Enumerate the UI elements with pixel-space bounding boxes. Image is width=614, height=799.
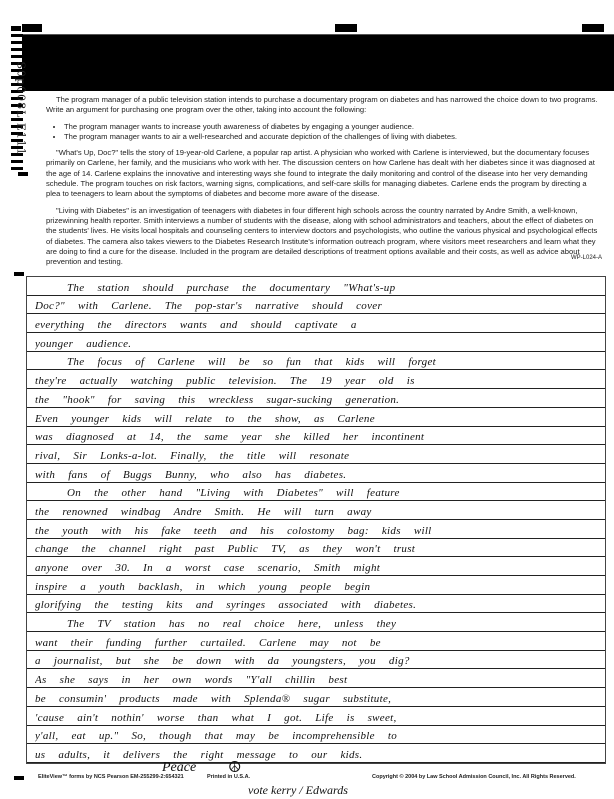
answer-line: be consumin' products made with Splenda®… bbox=[27, 688, 605, 707]
answer-line: glorifying the testing kits and syringes… bbox=[27, 595, 605, 614]
answer-line: was diagnosed at 14, the same year she k… bbox=[27, 427, 605, 446]
prompt-intro: The program manager of a public televisi… bbox=[46, 95, 602, 116]
footer-form-id: EliteView™ forms by NCS Pearson EM-25529… bbox=[38, 774, 184, 780]
handwritten-text: The TV station has no real choice here, … bbox=[67, 618, 601, 630]
handwritten-text: The station should purchase the document… bbox=[67, 282, 601, 294]
handwritten-text: Even younger kids will relate to the sho… bbox=[35, 413, 601, 425]
registration-mark-top-center bbox=[335, 24, 357, 32]
answer-line: us adults, it delivers the right message… bbox=[27, 744, 605, 763]
registration-mark-top-left bbox=[11, 26, 21, 31]
answer-line: Even younger kids will relate to the sho… bbox=[27, 408, 605, 427]
handwritten-text: Doc?" with Carlene. The pop-star's narra… bbox=[35, 300, 601, 312]
handwritten-text: a journalist, but she be down with da yo… bbox=[35, 655, 601, 667]
handwritten-text: be consumin' products made with Splenda®… bbox=[35, 693, 601, 705]
answer-line: the youth with his fake teeth and his co… bbox=[27, 520, 605, 539]
handwritten-text: The focus of Carlene will be so fun that… bbox=[67, 356, 601, 368]
handwritten-text: anyone over 30. In a worst case scenario… bbox=[35, 562, 601, 574]
footer-copyright: Copyright © 2004 by Law School Admission… bbox=[372, 774, 576, 780]
answer-line: they're actually watching public televis… bbox=[27, 370, 605, 389]
handwritten-text: they're actually watching public televis… bbox=[35, 375, 601, 387]
answer-line: On the other hand "Living with Diabetes"… bbox=[27, 483, 605, 502]
handwritten-text: want their funding further curtailed. Ca… bbox=[35, 637, 601, 649]
handwritten-text: y'all, eat up." So, though that may be i… bbox=[35, 730, 601, 742]
answer-line: anyone over 30. In a worst case scenario… bbox=[27, 557, 605, 576]
handwritten-text: change the channel right past Public TV,… bbox=[35, 543, 601, 555]
margin-note: vote kerry / Edwards bbox=[248, 783, 348, 798]
redacted-header-band bbox=[22, 35, 614, 91]
registration-mark-top-right bbox=[582, 24, 604, 32]
handwritten-text: with fans of Buggs Bunny, who also has d… bbox=[35, 469, 601, 481]
option-b-text: "Living with Diabetes" is an investigati… bbox=[46, 206, 597, 266]
answer-line: the "hook" for saving this wreckless sug… bbox=[27, 389, 605, 408]
footer-printed: Printed in U.S.A. bbox=[207, 774, 250, 780]
writing-prompt: The program manager of a public televisi… bbox=[46, 95, 602, 273]
answer-line: younger audience. bbox=[27, 333, 605, 352]
answer-line: The focus of Carlene will be so fun that… bbox=[27, 352, 605, 371]
vertical-form-id: S0p008L E111 bbox=[15, 62, 28, 152]
registration-mark-answer-left bbox=[14, 272, 24, 276]
answer-line: The TV station has no real choice here, … bbox=[27, 613, 605, 632]
handwritten-text: the renowned windbag Andre Smith. He wil… bbox=[35, 506, 601, 518]
answer-line: rival, Sir Lonks-a-lot. Finally, the tit… bbox=[27, 445, 605, 464]
handwritten-text: As she says in her own words "Y'all chil… bbox=[35, 674, 601, 686]
answer-line: a journalist, but she be down with da yo… bbox=[27, 651, 605, 670]
handwritten-text: 'cause ain't nothin' worse than what I g… bbox=[35, 712, 601, 724]
criterion: The program manager wants to air a well-… bbox=[64, 132, 602, 142]
answer-line: 'cause ain't nothin' worse than what I g… bbox=[27, 707, 605, 726]
registration-mark-top-left-2 bbox=[22, 24, 42, 32]
handwritten-text: younger audience. bbox=[35, 338, 601, 350]
handwritten-text: everything the directors wants and shoul… bbox=[35, 319, 601, 331]
handwritten-text: the "hook" for saving this wreckless sug… bbox=[35, 394, 601, 406]
option-b-description: "Living with Diabetes" is an investigati… bbox=[46, 206, 602, 268]
answer-line: the renowned windbag Andre Smith. He wil… bbox=[27, 501, 605, 520]
handwritten-text: was diagnosed at 14, the same year she k… bbox=[35, 431, 601, 443]
answer-line: y'all, eat up." So, though that may be i… bbox=[27, 726, 605, 745]
option-a-description: "What's Up, Doc?" tells the story of 19-… bbox=[46, 148, 602, 199]
answer-line: everything the directors wants and shoul… bbox=[27, 314, 605, 333]
answer-line: Doc?" with Carlene. The pop-star's narra… bbox=[27, 296, 605, 315]
handwritten-text: inspire a youth backlash, in which young… bbox=[35, 581, 601, 593]
answer-line: change the channel right past Public TV,… bbox=[27, 539, 605, 558]
handwritten-text: the youth with his fake teeth and his co… bbox=[35, 525, 601, 537]
answer-area[interactable]: The station should purchase the document… bbox=[26, 276, 606, 764]
handwritten-text: On the other hand "Living with Diabetes"… bbox=[67, 487, 601, 499]
answer-line: The station should purchase the document… bbox=[27, 277, 605, 296]
registration-mark-bottom-left bbox=[14, 776, 24, 780]
answer-line: inspire a youth backlash, in which young… bbox=[27, 576, 605, 595]
criterion: The program manager wants to increase yo… bbox=[64, 122, 602, 132]
prompt-criteria: The program manager wants to increase yo… bbox=[46, 122, 602, 143]
handwritten-text: glorifying the testing kits and syringes… bbox=[35, 599, 601, 611]
handwritten-text: us adults, it delivers the right message… bbox=[35, 749, 601, 761]
answer-line: with fans of Buggs Bunny, who also has d… bbox=[27, 464, 605, 483]
handwritten-text: rival, Sir Lonks-a-lot. Finally, the tit… bbox=[35, 450, 601, 462]
answer-line: want their funding further curtailed. Ca… bbox=[27, 632, 605, 651]
answer-line: As she says in her own words "Y'all chil… bbox=[27, 669, 605, 688]
